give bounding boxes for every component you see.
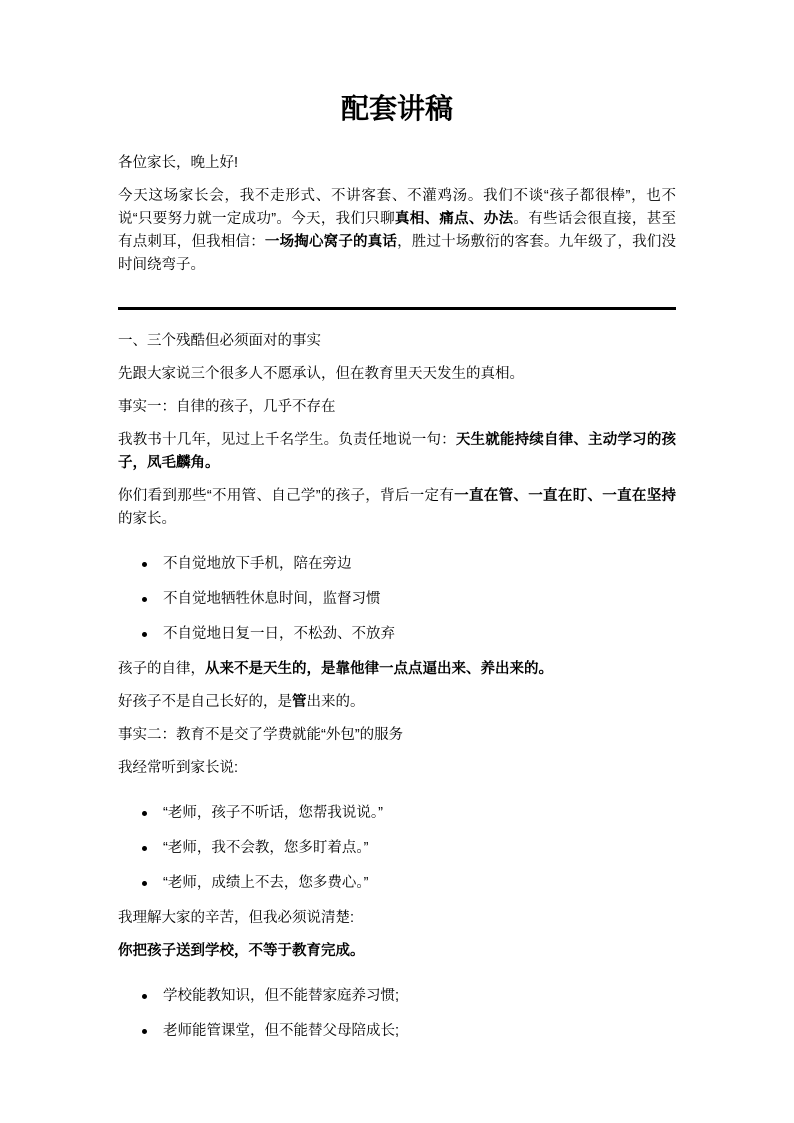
paragraph-fact1-3: 孩子的自律，从来不是天生的，是靠他律一点点逼出来、养出来的。 [118,658,676,681]
text-run: 好孩子不是自己长好的，是 [118,694,292,710]
paragraph-section1-lead: 先跟大家说三个很多人不愿承认，但在教育里天天发生的真相。 [118,363,676,386]
list-item: 学校能教知识，但不能替家庭养习惯; [118,985,676,1008]
fact2-heading: 事实二：教育不是交了学费就能“外包”的服务 [118,724,676,747]
bold-run: 一场掏心窝子的真话 [265,234,397,250]
paragraph-fact1-2: 你们看到那些“不用管、自己学”的孩子，背后一定有一直在管、一直在盯、一直在坚持的… [118,485,676,531]
list-item: 不自觉地放下手机，陪在旁边 [118,553,676,576]
bold-run: 一直在管、一直在盯、一直在坚持 [454,488,676,504]
list-item: 不自觉地牺牲休息时间，监督习惯 [118,588,676,611]
paragraph-fact2-lead: 我经常听到家长说: [118,757,676,780]
paragraph-fact2-1: 我理解大家的辛苦，但我必须说清楚: [118,907,676,930]
list-item: 不自觉地日复一日，不松劲、不放弃 [118,623,676,646]
list-item: “老师，孩子不听话，您帮我说说。” [118,802,676,825]
bold-run: 真相、痛点、办法 [395,211,514,227]
paragraph-intro: 今天这场家长会，我不走形式、不讲客套、不灌鸡汤。我们不谈“孩子都很棒”，也不说“… [118,185,676,277]
bullet-list-self-discipline: 不自觉地放下手机，陪在旁边 不自觉地牺牲休息时间，监督习惯 不自觉地日复一日，不… [118,553,676,646]
paragraph-fact2-emphasis: 你把孩子送到学校，不等于教育完成。 [118,940,676,963]
document-page: 配套讲稿 各位家长，晚上好! 今天这场家长会，我不走形式、不讲客套、不灌鸡汤。我… [0,0,794,1123]
bullet-list-parent-quotes: “老师，孩子不听话，您帮我说说。” “老师，我不会教，您多盯着点。” “老师，成… [118,802,676,895]
section1-heading: 一、三个残酷但必须面对的事实 [118,330,676,353]
horizontal-rule [118,307,676,310]
list-item: “老师，我不会教，您多盯着点。” [118,837,676,860]
text-run: 孩子的自律， [118,661,205,677]
bold-run: 管 [292,694,307,710]
paragraph-fact1-1: 我教书十几年，见过上千名学生。负责任地说一句：天生就能持续自律、主动学习的孩子，… [118,429,676,475]
text-run: 你们看到那些“不用管、自己学”的孩子，背后一定有 [118,488,454,504]
fact1-heading: 事实一：自律的孩子，几乎不存在 [118,396,676,419]
paragraph-fact1-4: 好孩子不是自己长好的，是管出来的。 [118,691,676,714]
bullet-list-school-limits: 学校能教知识，但不能替家庭养习惯; 老师能管课堂，但不能替父母陪成长; [118,985,676,1043]
document-title: 配套讲稿 [118,92,676,126]
text-run: 出来的。 [307,694,365,710]
list-item: 老师能管课堂，但不能替父母陪成长; [118,1020,676,1043]
bold-run: 你把孩子送到学校，不等于教育完成。 [118,943,365,959]
bold-run: 从来不是天生的，是靠他律一点点逼出来、养出来的。 [205,661,553,677]
text-run: 的家长。 [118,511,176,527]
paragraph-greeting: 各位家长，晚上好! [118,152,676,175]
list-item: “老师，成绩上不去，您多费心。” [118,872,676,895]
text-run: 我教书十几年，见过上千名学生。负责任地说一句： [118,432,456,448]
